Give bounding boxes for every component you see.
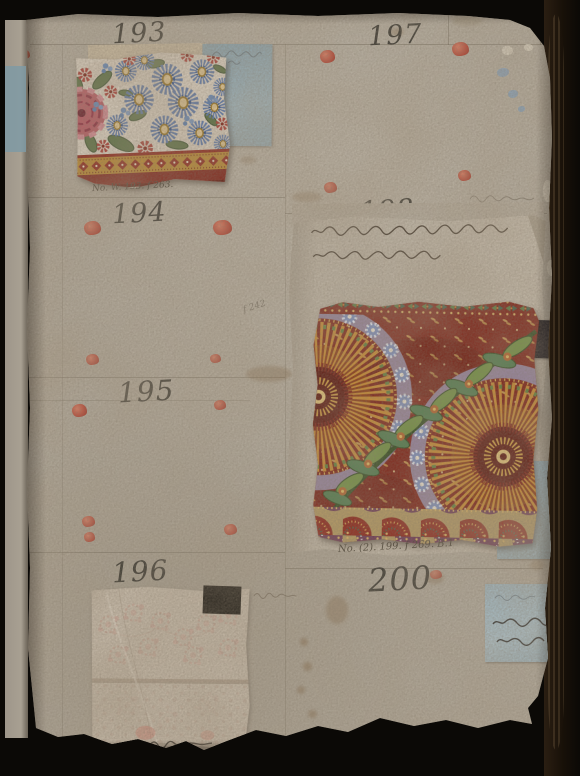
stain — [240, 156, 256, 164]
wax-spot — [210, 354, 221, 363]
stain — [452, 16, 482, 26]
stain — [246, 366, 292, 382]
rule-line — [540, 12, 541, 45]
handwriting-lines — [491, 590, 553, 650]
wax-spot — [324, 182, 337, 193]
handwriting-squiggle — [148, 738, 212, 750]
section-number-195: 195 — [117, 377, 175, 408]
paper-chip — [524, 44, 533, 51]
wax-spot — [224, 524, 237, 535]
section-number-196: 196 — [111, 557, 169, 588]
stain — [308, 710, 317, 718]
wax-spot — [458, 170, 471, 181]
stain — [326, 596, 348, 624]
wax-spot — [320, 50, 335, 63]
peony-motif — [69, 88, 107, 138]
textile-swatch-199 — [303, 295, 544, 552]
rule-line — [285, 44, 286, 748]
caption-193: No. W. 193. f 263. — [92, 181, 174, 194]
stain — [292, 192, 322, 202]
handwriting-squiggle — [252, 590, 300, 600]
wax-spot — [84, 532, 95, 542]
rule-line — [28, 552, 285, 553]
textile-swatch-193 — [69, 49, 235, 194]
stain — [300, 638, 308, 646]
faint-ink-reference: f 242 — [242, 300, 267, 316]
wax-spot — [72, 404, 87, 417]
album-page: 193 — [18, 8, 558, 756]
wax-spot — [214, 400, 226, 410]
wax-spot — [213, 220, 232, 235]
rule-line — [62, 44, 63, 744]
black-patch-196 — [203, 585, 242, 614]
paint-fleck — [518, 106, 525, 112]
previous-page-blue-label — [5, 66, 26, 152]
paper-chip — [502, 46, 513, 55]
wax-spot — [82, 516, 95, 527]
wax-spot — [86, 354, 99, 365]
wax-spot — [84, 221, 101, 235]
wax-spot — [452, 42, 469, 56]
paint-fleck — [508, 90, 518, 98]
stain — [303, 662, 312, 671]
section-number-194: 194 — [111, 199, 167, 229]
paint-fleck — [497, 68, 509, 77]
stain — [530, 560, 544, 570]
scanned-sample-book-page: 193 — [0, 0, 580, 776]
handwriting-lines — [309, 221, 535, 267]
stain — [297, 686, 305, 694]
section-number-200: 200 — [367, 561, 433, 596]
section-number-197: 197 — [367, 21, 423, 51]
rule-line — [448, 12, 449, 45]
